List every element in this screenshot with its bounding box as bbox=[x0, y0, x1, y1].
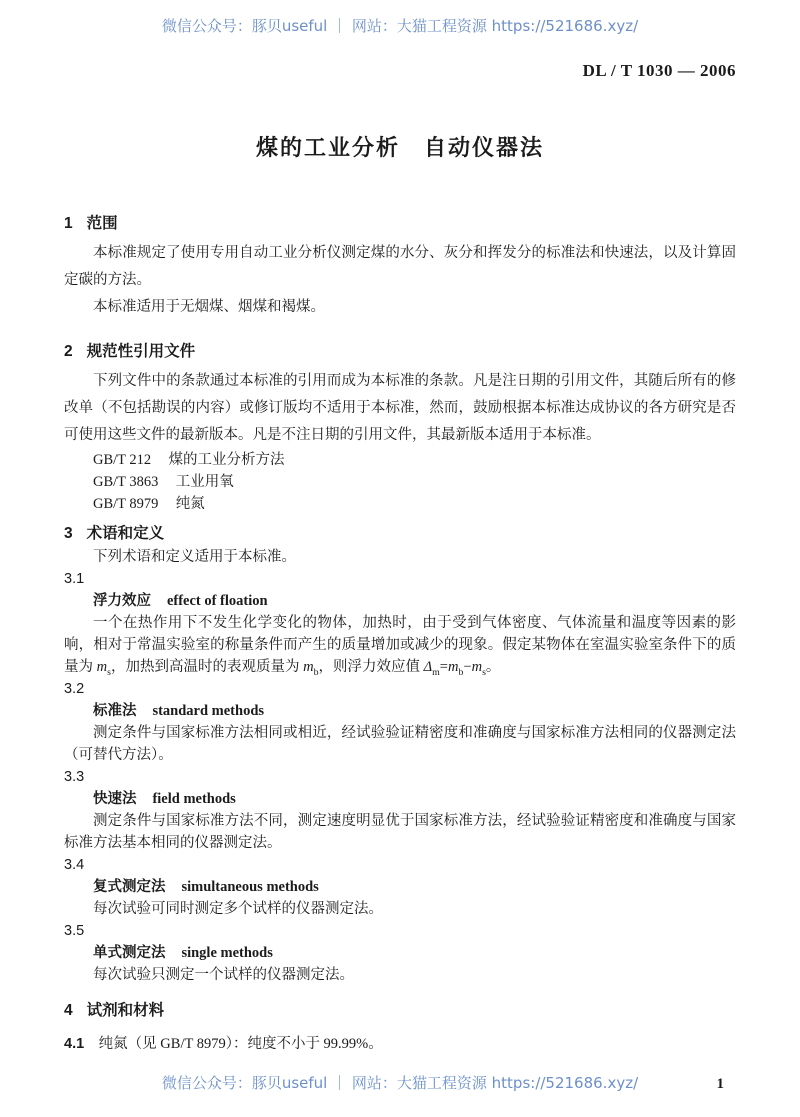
terminology-intro: 下列术语和定义适用于本标准。 bbox=[64, 546, 736, 568]
term-name-cn: 单式测定法 bbox=[93, 945, 166, 961]
reference-code: GB/T 3863 bbox=[93, 474, 158, 490]
variable-m: m bbox=[303, 659, 313, 675]
term-definition: 测定条件与国家标准方法相同或相近，经试验验证精密度和准确度与国家标准方法相同的仪… bbox=[64, 722, 736, 766]
reference-code: GB/T 212 bbox=[93, 452, 151, 468]
clause-number: 3.2 bbox=[64, 678, 736, 700]
watermark-bottom: 微信公众号：豚贝useful ｜ 网站：大猫工程资源 https://52168… bbox=[162, 1074, 638, 1092]
term-name-en: effect of floation bbox=[167, 593, 268, 609]
variable-m: m bbox=[448, 659, 458, 675]
term-name-en: single methods bbox=[181, 945, 272, 961]
clause-number: 3.3 bbox=[64, 766, 736, 788]
section-number: 1 bbox=[64, 215, 73, 232]
term-title: 复式测定法simultaneous methods bbox=[93, 876, 736, 898]
standard-number: DL / T 1030 — 2006 bbox=[64, 60, 736, 81]
clause-number: 3.4 bbox=[64, 854, 736, 876]
term-name-cn: 浮力效应 bbox=[93, 593, 151, 609]
subscript-m: m bbox=[432, 667, 440, 678]
section-heading-normative-references: 2规范性引用文件 bbox=[64, 341, 736, 362]
page-footer: 微信公众号：豚贝useful ｜ 网站：大猫工程资源 https://52168… bbox=[0, 1073, 800, 1093]
term-title: 浮力效应effect of floation bbox=[93, 590, 736, 612]
term-definition: 每次试验只测定一个试样的仪器测定法。 bbox=[64, 964, 736, 986]
watermark-top: 微信公众号：豚贝useful ｜ 网站：大猫工程资源 https://52168… bbox=[0, 0, 800, 36]
clause-text: 纯氮（见 GB/T 8979）：纯度不小于 99.99%。 bbox=[99, 1036, 383, 1052]
section-heading-reagents: 4试剂和材料 bbox=[64, 1000, 736, 1021]
section-number: 4 bbox=[64, 1002, 73, 1019]
term-definition: 一个在热作用下不发生化学变化的物体，加热时，由于受到气体密度、气体流量和温度等因… bbox=[64, 612, 736, 678]
scope-paragraph: 本标准规定了使用专用自动工业分析仪测定煤的水分、灰分和挥发分的标准法和快速法，以… bbox=[64, 240, 736, 294]
section-title: 规范性引用文件 bbox=[87, 343, 196, 360]
section-title: 试剂和材料 bbox=[87, 1002, 165, 1019]
reference-item: GB/T 8979纯氮 bbox=[93, 493, 736, 515]
term-name-en: field methods bbox=[152, 791, 235, 807]
reference-title: 纯氮 bbox=[176, 496, 205, 512]
scope-paragraph: 本标准适用于无烟煤、烟煤和褐煤。 bbox=[64, 294, 736, 321]
section-number: 3 bbox=[64, 525, 73, 542]
term-name-en: simultaneous methods bbox=[181, 879, 318, 895]
reference-title: 煤的工业分析方法 bbox=[169, 452, 285, 468]
term-name-cn: 快速法 bbox=[93, 791, 137, 807]
reference-item: GB/T 212煤的工业分析方法 bbox=[93, 449, 736, 471]
term-definition: 每次试验可同时测定多个试样的仪器测定法。 bbox=[64, 898, 736, 920]
document-title: 煤的工业分析 自动仪器法 bbox=[64, 133, 736, 163]
page-number: 1 bbox=[717, 1074, 725, 1094]
term-title: 标准法standard methods bbox=[93, 700, 736, 722]
clause-number: 3.5 bbox=[64, 920, 736, 942]
section-heading-scope: 1范围 bbox=[64, 213, 736, 234]
document-page: 微信公众号：豚贝useful ｜ 网站：大猫工程资源 https://52168… bbox=[0, 0, 800, 1117]
term-name-cn: 标准法 bbox=[93, 703, 137, 719]
terms-list: 3.1 浮力效应effect of floation 一个在热作用下不发生化学变… bbox=[64, 568, 736, 986]
term-name-en: standard methods bbox=[152, 703, 264, 719]
clause-number: 3.1 bbox=[64, 568, 736, 590]
variable-delta: Δ bbox=[424, 659, 433, 675]
term-title: 快速法field methods bbox=[93, 788, 736, 810]
section-title: 范围 bbox=[87, 215, 118, 232]
clause-4-1: 4.1纯氮（见 GB/T 8979）：纯度不小于 99.99%。 bbox=[64, 1031, 736, 1058]
variable-m: m bbox=[472, 659, 482, 675]
variable-m: m bbox=[97, 659, 107, 675]
normative-references-paragraph: 下列文件中的条款通过本标准的引用而成为本标准的条款。凡是注日期的引用文件，其随后… bbox=[64, 368, 736, 449]
term-name-cn: 复式测定法 bbox=[93, 879, 166, 895]
term-title: 单式测定法single methods bbox=[93, 942, 736, 964]
reference-item: GB/T 3863工业用氧 bbox=[93, 471, 736, 493]
reference-code: GB/T 8979 bbox=[93, 496, 158, 512]
clause-number: 4.1 bbox=[64, 1036, 84, 1052]
section-heading-terminology: 3术语和定义 bbox=[64, 523, 736, 544]
section-number: 2 bbox=[64, 343, 73, 360]
term-definition: 测定条件与国家标准方法不同，测定速度明显优于国家标准方法，经试验验证精密度和准确… bbox=[64, 810, 736, 854]
section-title: 术语和定义 bbox=[87, 525, 165, 542]
reference-title: 工业用氧 bbox=[176, 474, 234, 490]
